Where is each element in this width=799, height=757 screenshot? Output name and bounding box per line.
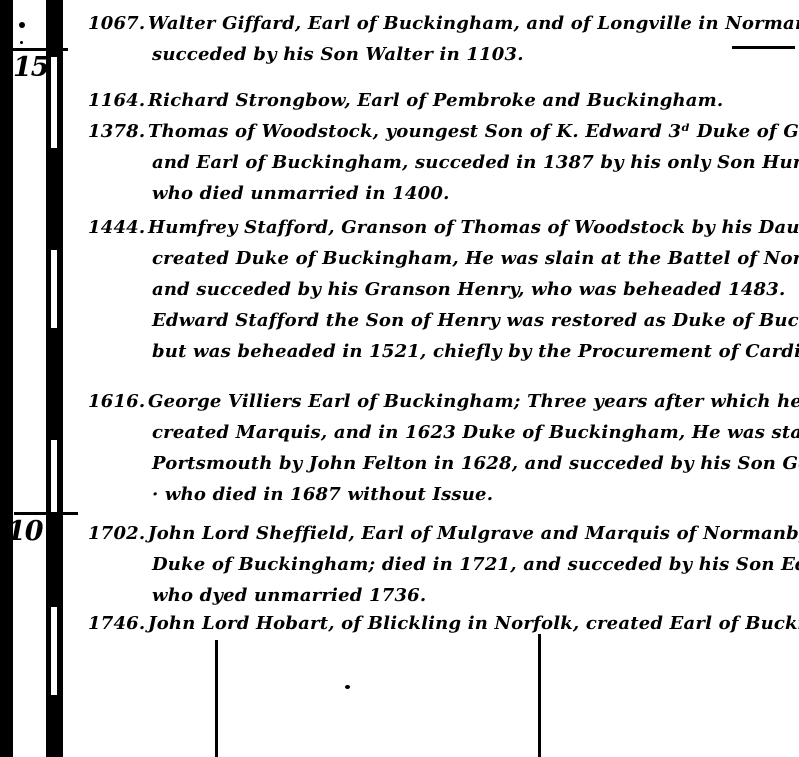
entry-1702: 1702.John Lord Sheffield, Earl of Mulgra… (88, 518, 797, 611)
entry-line: 1746.John Lord Hobart, of Blickling in N… (88, 608, 797, 639)
entry-line: Portsmouth by John Felton in 1628, and s… (88, 448, 797, 479)
entries-list: 1067.Walter Giffard, Earl of Buckingham,… (88, 8, 797, 639)
entry-line: who dyed unmarried 1736. (88, 580, 797, 611)
ruler-line-gap (51, 607, 57, 695)
entry-line: Duke of Buckingham; died in 1721, and su… (88, 549, 797, 580)
entry-line: succeded by his Son Walter in 1103. (88, 39, 797, 70)
entry-line: 1444.Humfrey Stafford, Granson of Thomas… (88, 212, 797, 243)
entry-text: Humfrey Stafford, Granson of Thomas of W… (148, 217, 799, 238)
entry-line: Edward Stafford the Son of Henry was res… (88, 305, 797, 336)
entry-year: 1746. (88, 608, 148, 639)
underline-rule (732, 46, 795, 49)
entry-1444: 1444.Humfrey Stafford, Granson of Thomas… (88, 212, 797, 367)
entry-1378: 1378.Thomas of Woodstock, youngest Son o… (88, 116, 797, 209)
entry-text: Walter Giffard, Earl of Buckingham, and … (148, 13, 799, 34)
entry-line: created Duke of Buckingham, He was slain… (88, 243, 797, 274)
entry-text: George Villiers Earl of Buckingham; Thre… (148, 391, 799, 412)
ruler-tick-15 (10, 48, 68, 51)
ruler-line-gap (51, 57, 57, 148)
entry-year: 1164. (88, 85, 148, 116)
entry-line: 1702.John Lord Sheffield, Earl of Mulgra… (88, 518, 797, 549)
entry-1164: 1164.Richard Strongbow, Earl of Pembroke… (88, 85, 797, 116)
ruler-inner-line (46, 0, 63, 757)
entry-line: but was beheaded in 1521, chiefly by the… (88, 336, 797, 367)
entry-line: who died unmarried in 1400. (88, 178, 797, 209)
ruler-outer-line (0, 0, 13, 757)
entry-line: 1378.Thomas of Woodstock, youngest Son o… (88, 116, 797, 147)
entry-line: 1616.George Villiers Earl of Buckingham;… (88, 386, 797, 417)
connector-line-left (215, 640, 218, 757)
ruler-label-15: 15 (13, 53, 49, 83)
entry-1067: 1067.Walter Giffard, Earl of Buckingham,… (88, 8, 797, 70)
entry-year: 1378. (88, 116, 148, 147)
entry-line: and succeded by his Granson Henry, who w… (88, 274, 797, 305)
entry-text: Thomas of Woodstock, youngest Son of K. … (148, 121, 799, 142)
entry-text: John Lord Hobart, of Blickling in Norfol… (148, 613, 799, 634)
entry-line: 1067.Walter Giffard, Earl of Buckingham,… (88, 8, 797, 39)
ruler-line-gap (51, 440, 57, 512)
manuscript-page: 15 10 1067.Walter Giffard, Earl of Bucki… (0, 0, 799, 757)
entry-1616: 1616.George Villiers Earl of Buckingham;… (88, 386, 797, 510)
entry-year: 1444. (88, 212, 148, 243)
entry-1746: 1746.John Lord Hobart, of Blickling in N… (88, 608, 797, 639)
ruler-tick-10 (14, 512, 78, 515)
entry-text: Richard Strongbow, Earl of Pembroke and … (148, 90, 723, 111)
entry-year: 1067. (88, 8, 148, 39)
ink-dot-bottom (345, 685, 350, 689)
entry-text: John Lord Sheffield, Earl of Mulgrave an… (148, 523, 799, 544)
ink-speck (20, 41, 23, 44)
entry-line: and Earl of Buckingham, succeded in 1387… (88, 147, 797, 178)
entry-line: · who died in 1687 without Issue. (88, 479, 797, 510)
connector-line-right (538, 634, 541, 757)
entry-year: 1616. (88, 386, 148, 417)
entry-line: created Marquis, and in 1623 Duke of Buc… (88, 417, 797, 448)
entry-line: 1164.Richard Strongbow, Earl of Pembroke… (88, 85, 797, 116)
entry-year: 1702. (88, 518, 148, 549)
ruler-line-gap (51, 250, 57, 328)
ink-dot (19, 22, 25, 28)
ruler-label-10: 10 (7, 517, 43, 547)
